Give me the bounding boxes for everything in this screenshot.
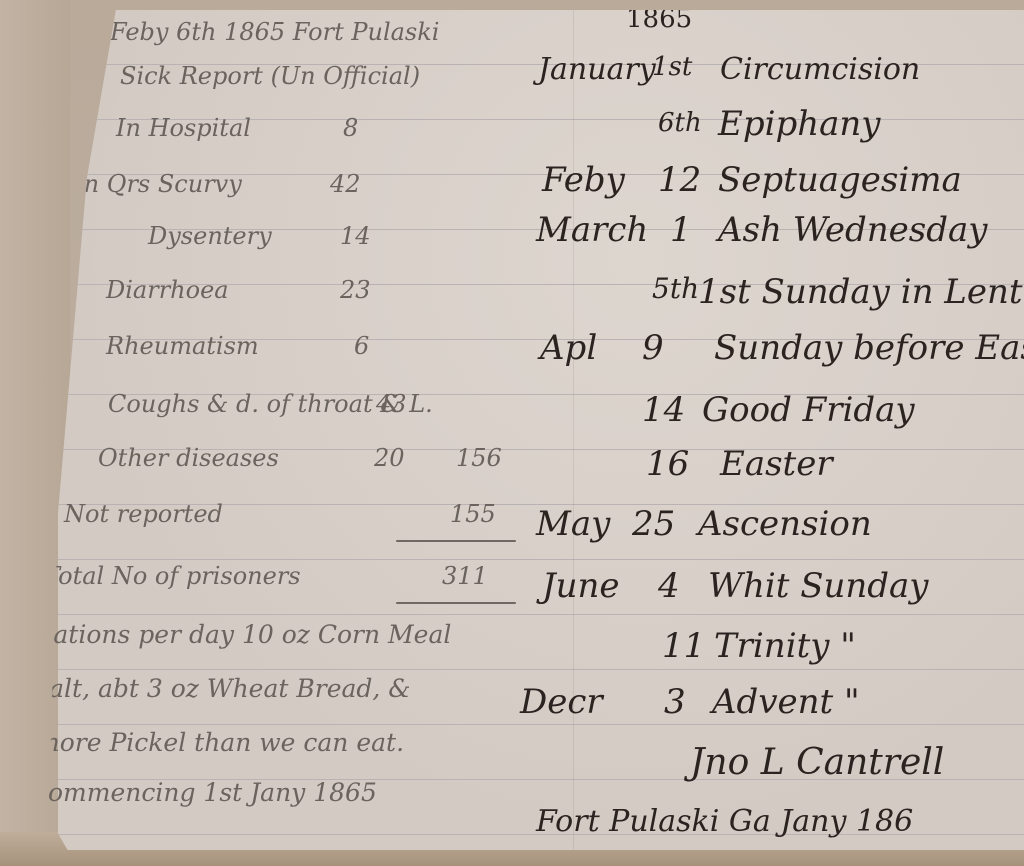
row-label: Dysentery [148, 222, 272, 250]
entry-day: 11 [662, 626, 705, 666]
entry-month: May [536, 504, 610, 544]
entry-day: 14 [642, 390, 685, 430]
entry-feast: Easter [720, 444, 833, 484]
column-divider [573, 10, 574, 860]
row-count: 20 [374, 444, 405, 472]
row-label: Total No of prisoners [44, 562, 301, 590]
entry-day: 25 [632, 504, 675, 544]
signature: Jno L Cantrell [690, 742, 944, 783]
row-count: 155 [450, 500, 496, 528]
row-count: 23 [340, 276, 371, 304]
entry-day: 4 [658, 566, 680, 606]
entry-day: 9 [642, 328, 664, 368]
entry-month: Decr [520, 682, 603, 722]
entry-feast: Good Friday [702, 390, 915, 430]
row-label: In Hospital [116, 114, 251, 142]
entry-feast: Sunday before Easter [714, 328, 1024, 368]
entry-feast: Ash Wednesday [718, 210, 987, 250]
entry-feast: Advent " [712, 682, 860, 722]
entry-day: 3 [664, 682, 686, 722]
entry-day: 1 [670, 210, 692, 250]
row-count: 43 [376, 390, 407, 418]
row-label: Diarrhoea [106, 276, 229, 304]
rations-line: more Pickel than we can eat. [36, 728, 404, 757]
rations-line: commencing 1st Jany 1865 [34, 778, 377, 807]
row-count: 311 [442, 562, 488, 590]
row-label: Rheumatism [106, 332, 259, 360]
entry-feast: Whit Sunday [708, 566, 929, 606]
entry-feast: 1st Sunday in Lent [698, 272, 1023, 312]
entry-month: January [538, 52, 656, 87]
row-count: 6 [354, 332, 369, 360]
row-label: Not reported [64, 500, 223, 528]
entry-feast: Trinity " [714, 626, 856, 666]
entry-feast: Circumcision [720, 52, 920, 87]
entry-day: 6th [658, 108, 702, 138]
entry-feast: Ascension [698, 504, 872, 544]
entry-day: 16 [646, 444, 689, 484]
sum-rule [396, 540, 516, 542]
total-rule [396, 602, 516, 604]
entry-month: March [536, 210, 648, 250]
row-count: 8 [343, 114, 358, 142]
entry-day: 5th [652, 272, 699, 305]
entry-month: Apl [540, 328, 597, 368]
entry-feast: Epiphany [718, 104, 881, 144]
sick-report-heading-title: Sick Report (Un Official) [120, 62, 420, 90]
row-count: 14 [340, 222, 371, 250]
row-subtotal: 156 [456, 444, 502, 472]
place-date-line: Fort Pulaski Ga Jany 186 [536, 804, 913, 839]
sick-report-heading-date: Feby 6th 1865 Fort Pulaski [110, 18, 439, 46]
entry-day: 12 [658, 160, 701, 200]
entry-month: Feby [542, 160, 625, 200]
row-count: 42 [330, 170, 361, 198]
row-label: Other diseases [98, 444, 279, 472]
row-label: in Qrs Scurvy [76, 170, 242, 198]
rations-line: Rations per day 10 oz Corn Meal [34, 620, 451, 649]
rations-line: Salt, abt 3 oz Wheat Bread, & [32, 674, 411, 703]
entry-month: June [542, 566, 620, 606]
ledger-sheet: Feby 6th 1865 Fort Pulaski Sick Report (… [58, 10, 1024, 850]
calendar-year: 1865 [626, 4, 692, 34]
entry-feast: Septuagesima [718, 160, 962, 200]
entry-day: 1st [652, 52, 692, 82]
